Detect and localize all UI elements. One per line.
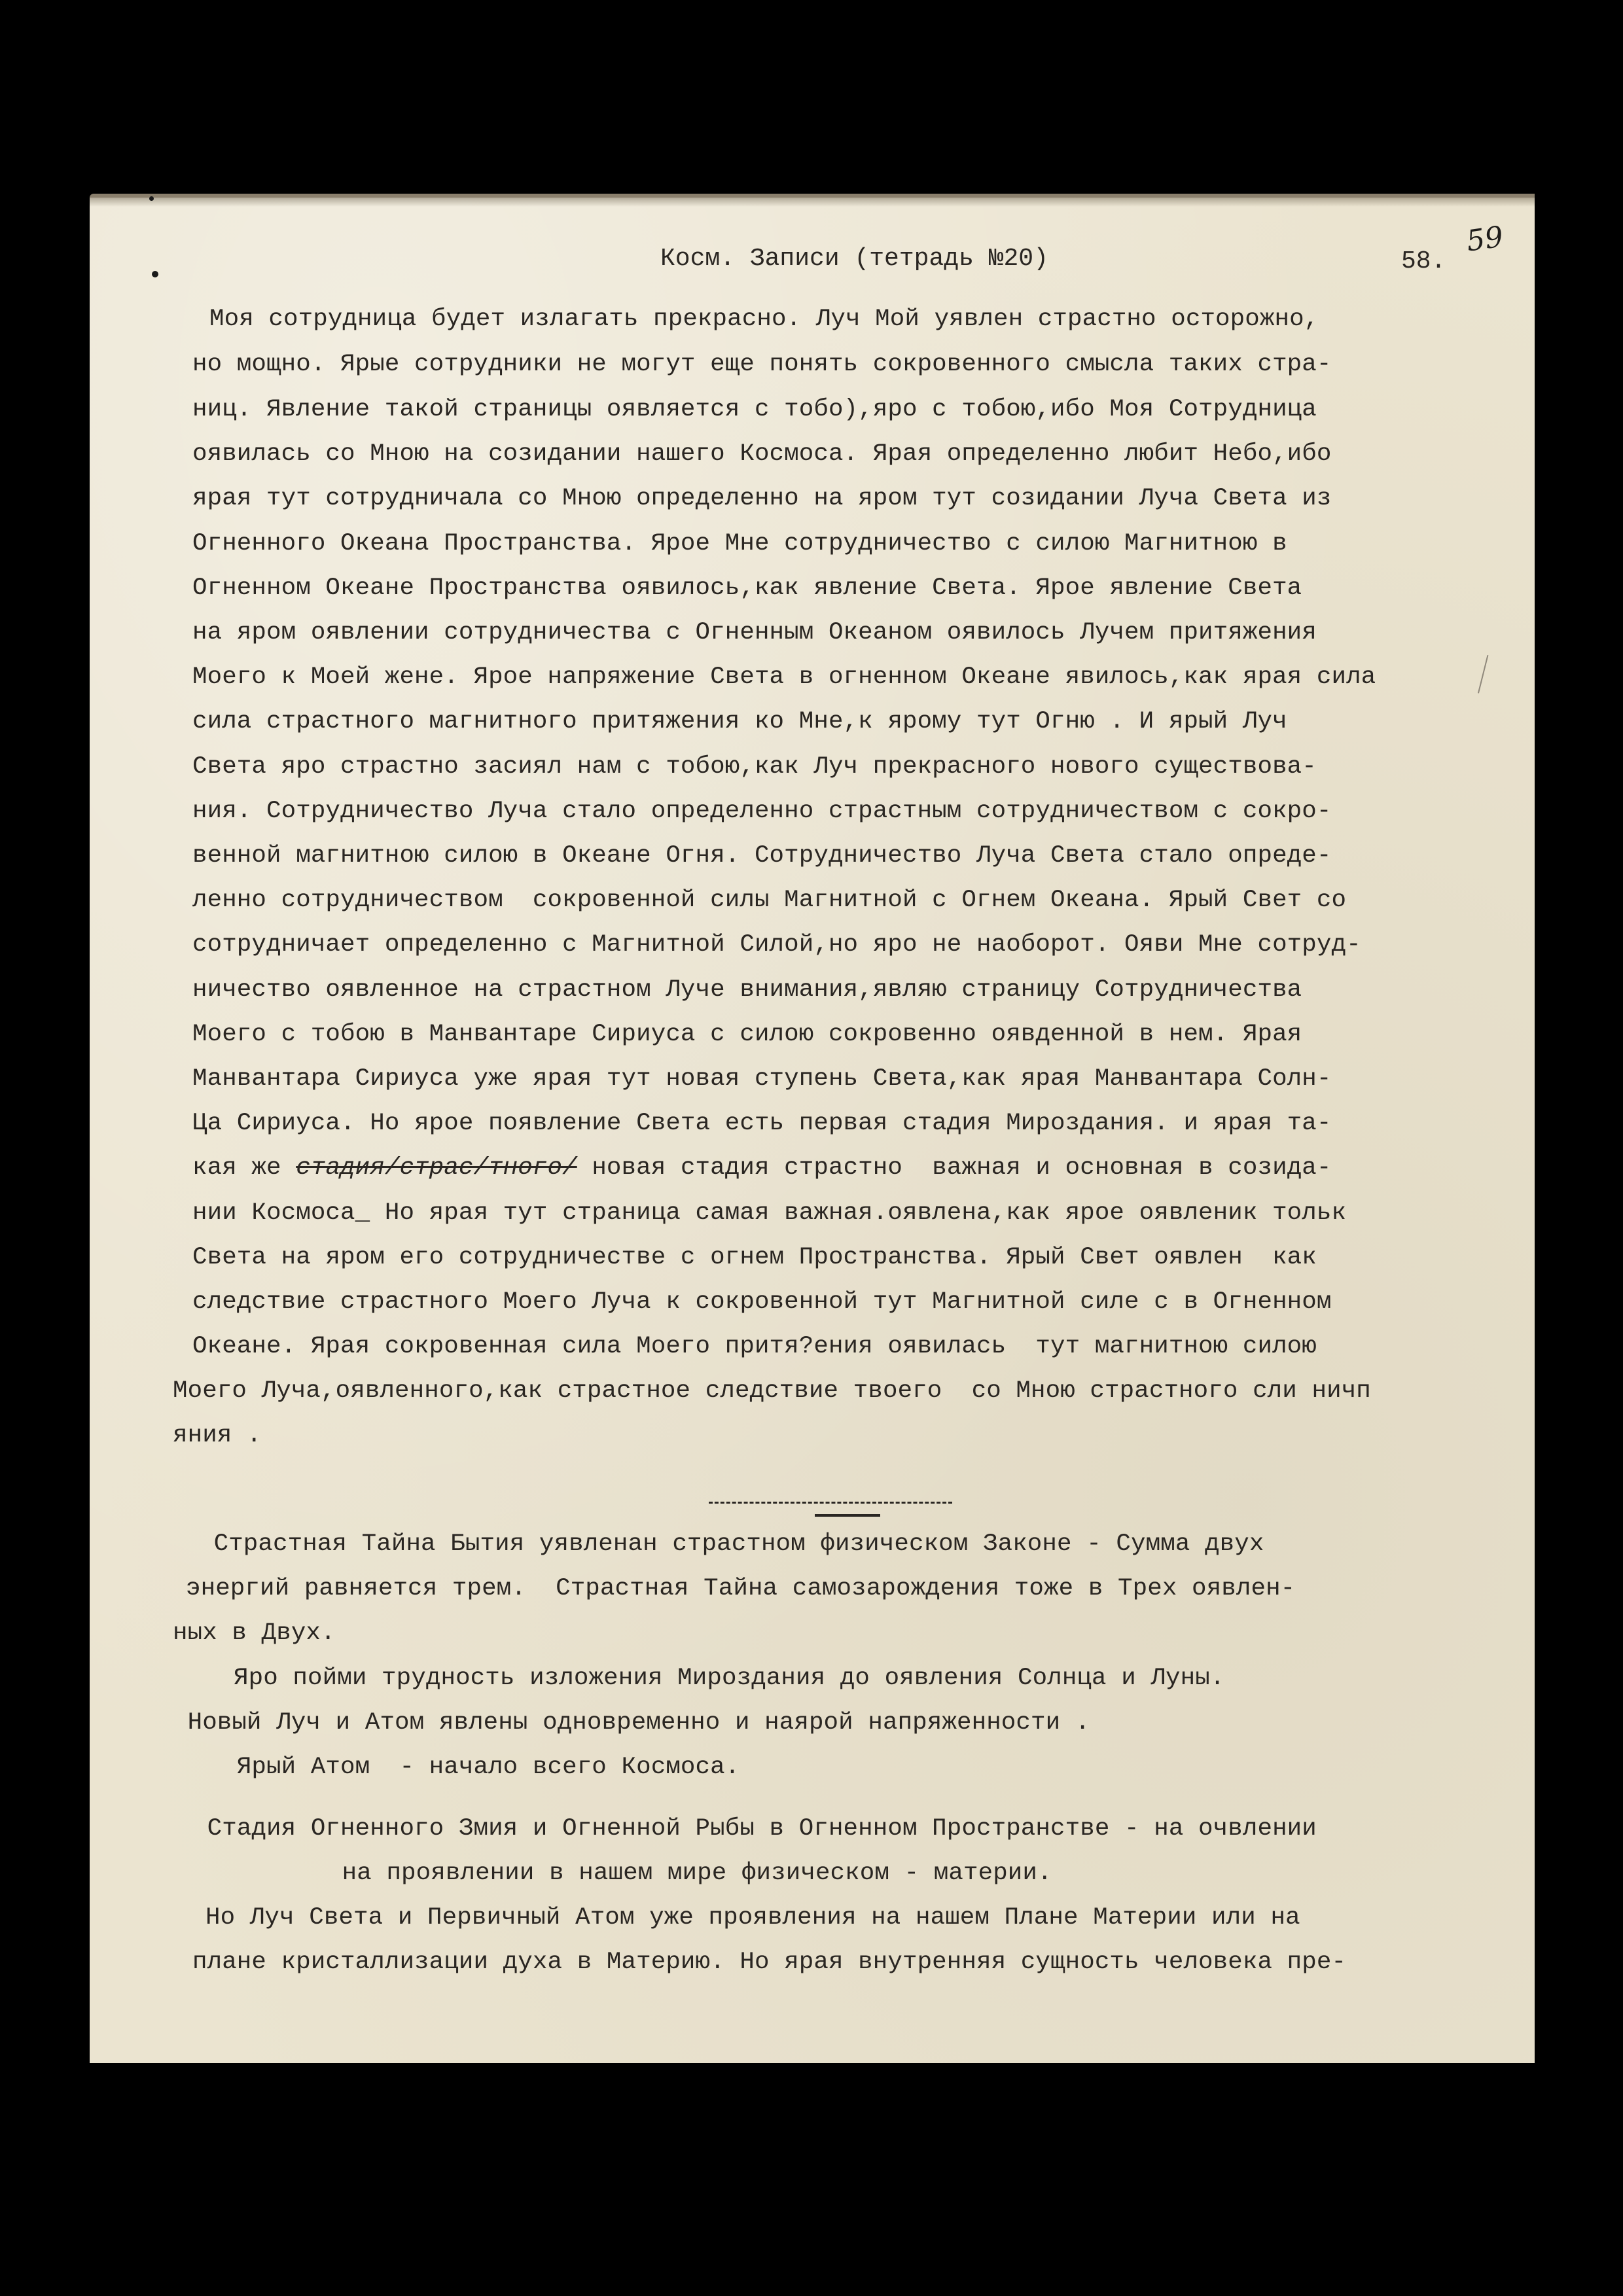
text-line: Света на яром его сотрудничестве с огнем… xyxy=(192,1246,1317,1271)
text-line: плане кристаллизации духа в Материю. Но … xyxy=(192,1951,1346,1975)
typed-page-number: 58. xyxy=(1401,247,1446,275)
text-line-with-strikeout: кая же стадия/страс/тного/ новая стадия … xyxy=(192,1156,1332,1181)
text-line: оявилась со Мною на созидании нашего Кос… xyxy=(192,442,1331,467)
text-line: ния. Сотрудничество Луча стало определен… xyxy=(192,800,1331,824)
text-line: ничество оявленное на страстном Луче вни… xyxy=(192,978,1302,1003)
text-line: ниц. Явление такой страницы оявляется с … xyxy=(192,398,1317,423)
line-suffix: новая стадия страстно важная и основная … xyxy=(577,1154,1332,1182)
text-line: Но Луч Света и Первичный Атом уже проявл… xyxy=(205,1906,1300,1931)
text-line: Моего к Моей жене. Ярое напряжение Света… xyxy=(192,665,1376,690)
text-line: следствие страстного Моего Луча к сокров… xyxy=(192,1290,1331,1315)
text-line: на проявлении в нашем мире физическом - … xyxy=(179,1862,1052,1886)
text-line: Страстная Тайна Бытия уявленан страстном… xyxy=(199,1532,1264,1557)
pencil-margin-mark xyxy=(1478,655,1497,696)
text-line: Стадия Огненного Змия и Огненной Рыбы в … xyxy=(192,1817,1317,1842)
text-line: Океане. Ярая сокровенная сила Моего прит… xyxy=(192,1335,1317,1360)
line-prefix: кая же xyxy=(192,1154,296,1182)
handwritten-page-number: 59 xyxy=(1465,220,1506,258)
document-title: Косм. Записи (тетрадь №20) xyxy=(660,245,1048,273)
text-line: ных в Двух. xyxy=(173,1621,336,1646)
text-line: ленно сотрудничеством сокровенной силы М… xyxy=(192,889,1346,913)
text-line: Огненного Океана Пространства. Ярое Мне … xyxy=(192,532,1287,557)
text-line: Яро пойми трудность изложения Мироздания… xyxy=(160,1667,1224,1691)
section-separator xyxy=(709,1502,952,1504)
text-line: Ярый Атом - начало всего Космоса. xyxy=(192,1756,740,1780)
text-line: Огненном Океане Пространства оявилось,ка… xyxy=(192,576,1302,601)
text-line: но мощно. Ярые сотрудники не могут еще п… xyxy=(192,353,1331,378)
text-line: сотрудничает определенно с Магнитной Сил… xyxy=(192,933,1361,958)
typewritten-page: Косм. Записи (тетрадь №20) 58. 59 Моя со… xyxy=(90,194,1535,2063)
text-line: на яром оявлении сотрудничества с Огненн… xyxy=(192,621,1317,646)
text-line: венной магнитною силою в Океане Огня. Со… xyxy=(192,844,1331,869)
text-line: Новый Луч и Атом явлены одновременно и н… xyxy=(173,1711,1090,1736)
ink-dot xyxy=(149,196,154,201)
section-separator-underline xyxy=(815,1514,880,1517)
struck-out-text: стадия/страс/тного/ xyxy=(296,1154,577,1182)
page-top-edge-shadow xyxy=(90,198,1535,207)
text-line: Моя сотрудница будет излагать прекрасно.… xyxy=(209,308,1319,332)
text-line: энергий равняется трем. Страстная Тайна … xyxy=(186,1577,1295,1602)
ink-dot xyxy=(152,271,158,277)
text-line: яния . xyxy=(173,1424,262,1449)
text-line: сила страстного магнитного притяжения ко… xyxy=(192,710,1287,735)
text-line: Моего с тобою в Манвантаре Сириуса с сил… xyxy=(192,1023,1302,1048)
text-line: Света яро страстно засиял нам с тобою,ка… xyxy=(192,755,1317,780)
text-line: ярая тут сотрудничала со Мною определенн… xyxy=(192,487,1331,512)
text-line: нии Космоса_ Но ярая тут страница самая … xyxy=(192,1201,1346,1226)
text-line: Моего Луча,оявленного,как страстное след… xyxy=(173,1379,1371,1404)
text-line: Манвантара Сириуса уже ярая тут новая ст… xyxy=(192,1067,1331,1092)
text-line: Ца Сириуса. Но ярое появление Света есть… xyxy=(192,1112,1331,1137)
